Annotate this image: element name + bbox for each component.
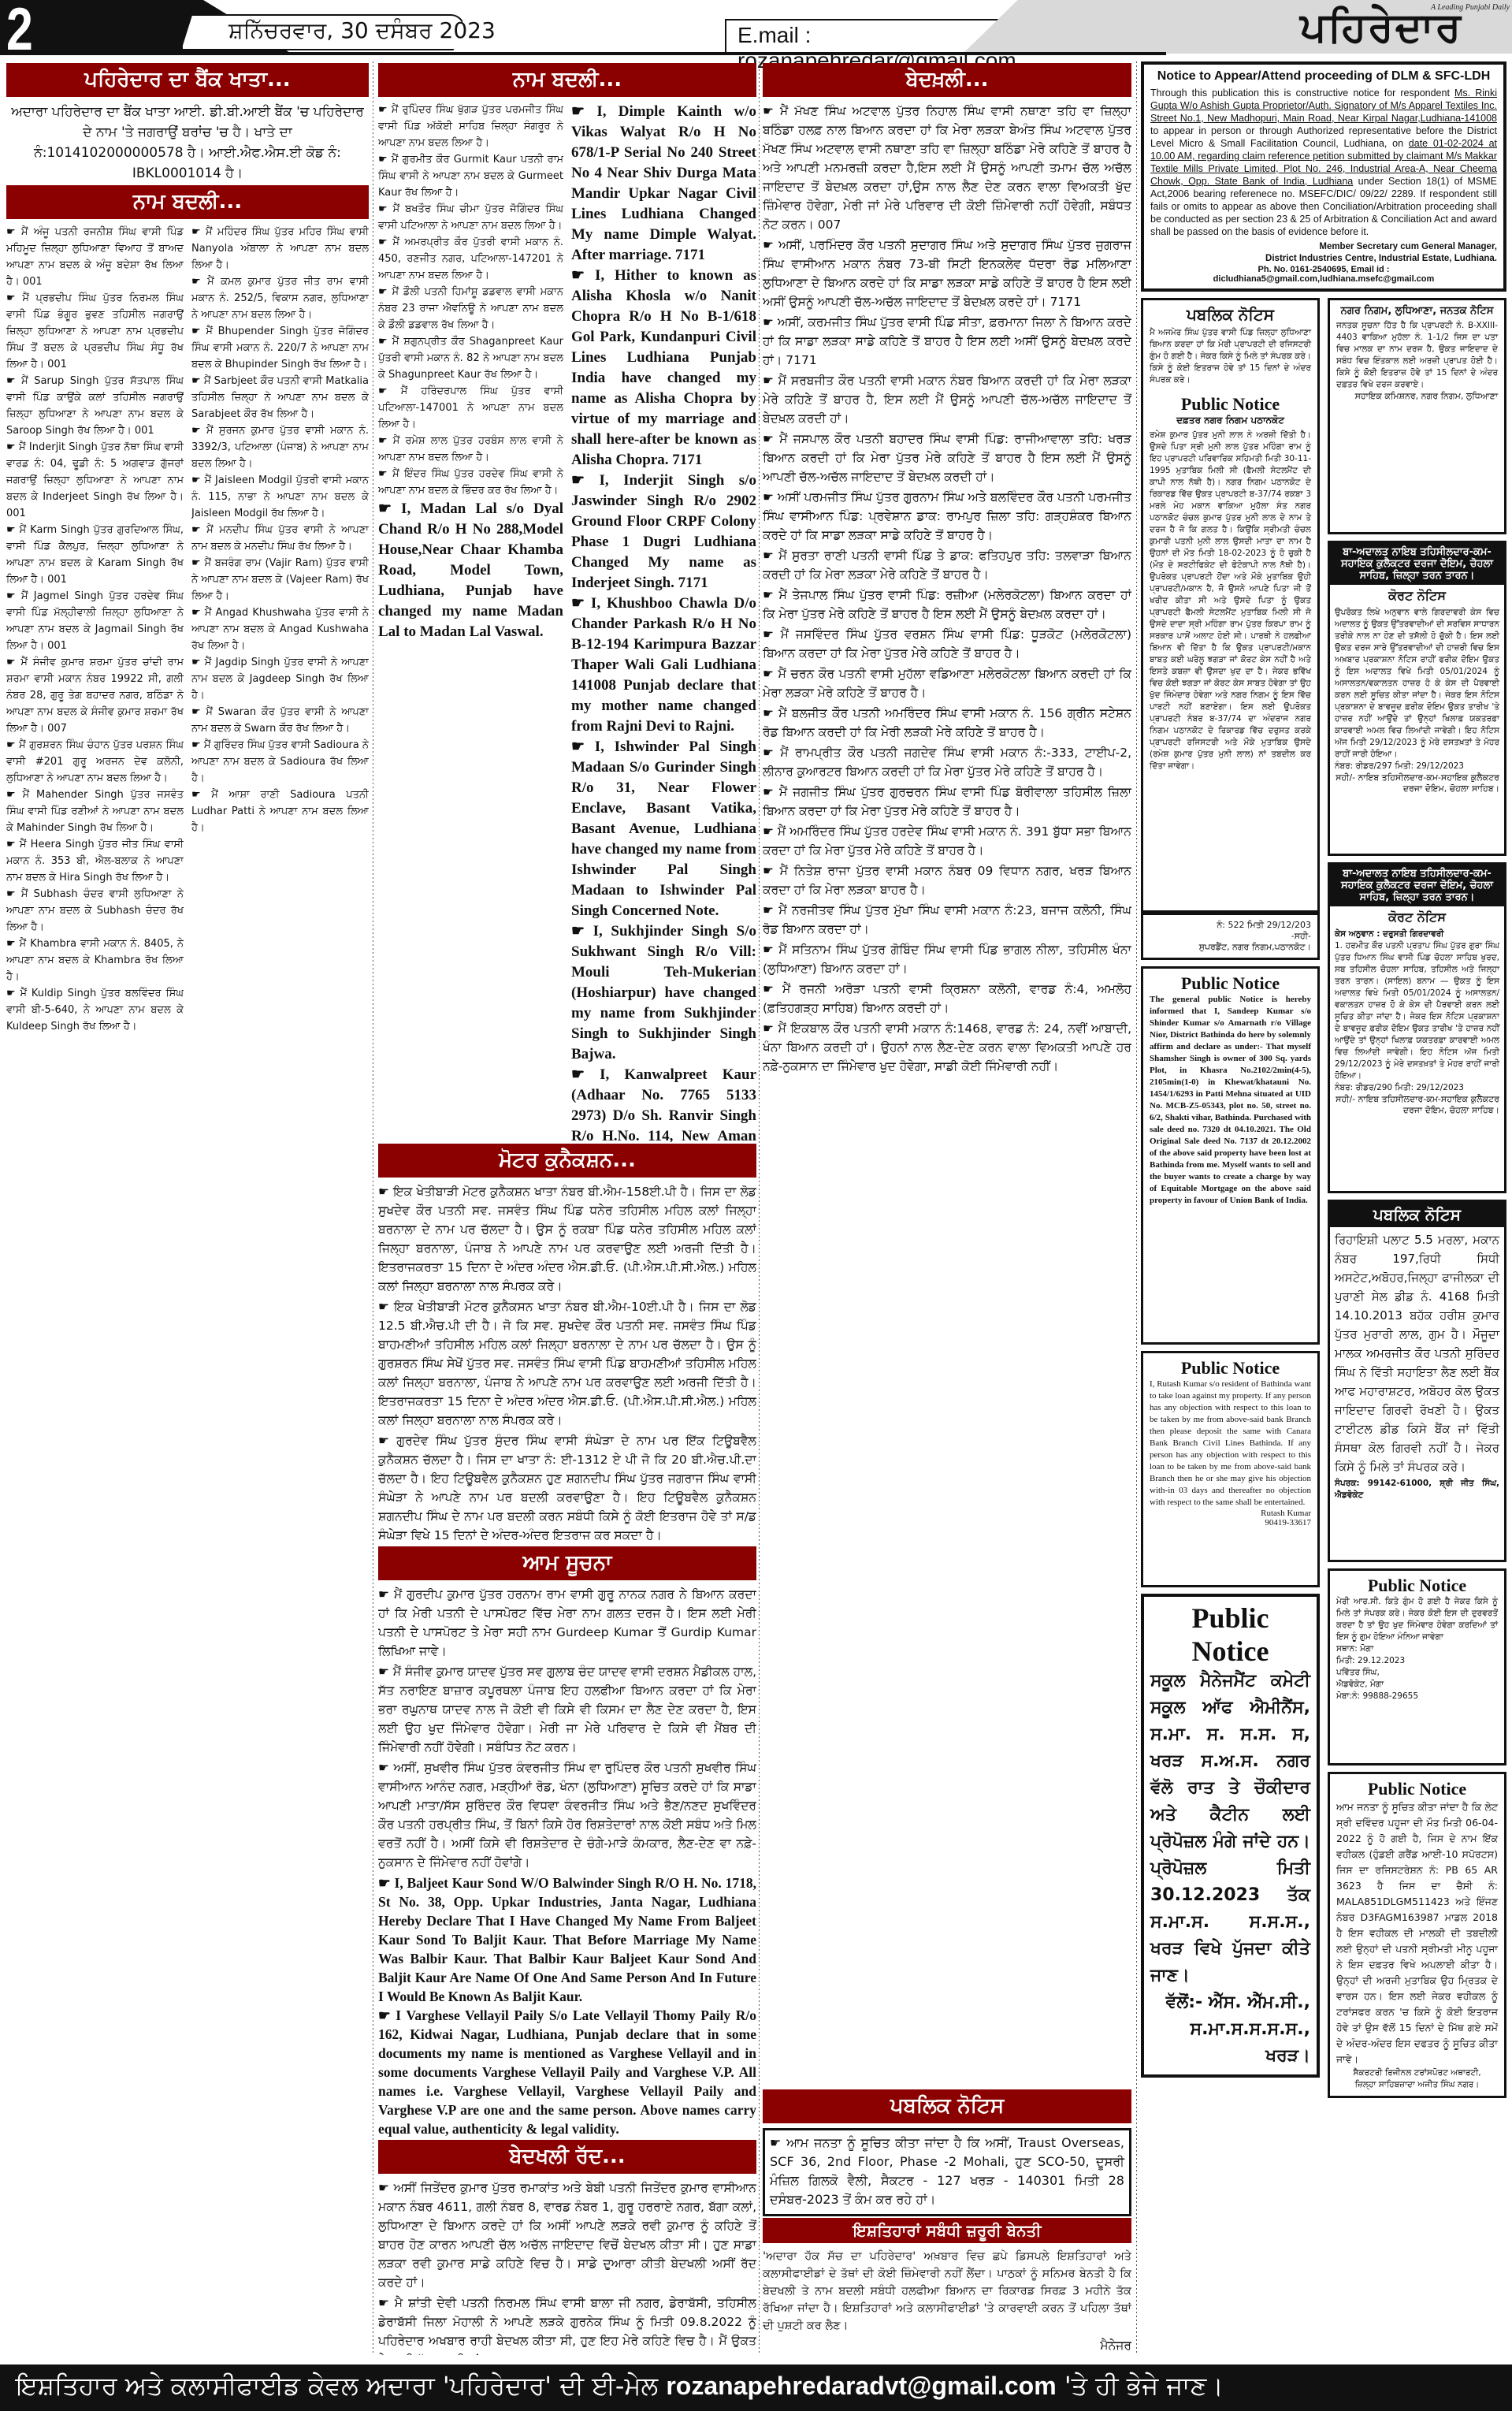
notice-body: ਜਨਤਕ ਸੂਚਨਾ ਹਿੱਤ ਹੈ ਕਿ ਪ੍ਰਾਪਰਟੀ ਨੰ. B-XXI…	[1336, 320, 1498, 391]
name-change-subcol-right: ☛ ਮੈਂ ਮਹਿੰਦਰ ਸਿੰਘ ਪੁੱਤਰ ਮਹਿਰ ਸਿੰਘ ਵਾਸੀ N…	[191, 224, 369, 1035]
column-divider	[1136, 61, 1137, 2355]
classified-item: ☛ ਮੈਂ Kuldip Singh ਪੁੱਤਰ ਬਲਵਿੰਦਰ ਸਿੰਘ ਵਾ…	[6, 985, 184, 1035]
motor-item: ☛ ਗੁਰਦੇਵ ਸਿੰਘ ਪੁੱਤਰ ਸੁੰਦਰ ਸਿੰਘ ਵਾਸੀ ਸੰਘੇ…	[378, 1431, 756, 1545]
classified-item: ☛ ਮੈਂ ਇੰਦਰ ਸਿੰਘ ਪੁੱਤਰ ਹਰਦੇਵ ਸਿੰਘ ਵਾਸੀ ਨੇ…	[378, 466, 563, 499]
disown-item: ☛ ਮੈਂ ਇਕਬਾਲ ਕੌਰ ਪਤਨੀ ਵਾਸੀ ਮਕਾਨ ਨੰ:1468, …	[763, 1019, 1131, 1076]
notice-body: ਆਮ ਜਨਤਾ ਨੂੰ ਸੂਚਿਤ ਕੀਤਾ ਜਾਂਦਾ ਹੈ ਕਿ ਲੇਟ ਸ…	[1336, 1799, 1498, 2067]
name-change-list: ☛ ਮੈਂ ਅੰਜੂ ਪਤਨੀ ਰਜਨੀਸ਼ ਸਿੰਘ ਵਾਸੀ ਪਿੰਡ ਮਹ…	[6, 224, 369, 1035]
classified-item: ☛ ਮੈਂ ਗੁਰਸ਼ਰਨ ਸਿੰਘ ਚੰਹਾਨ ਪੁੱਤਰ ਪਰਸ਼ਨ ਸਿੰ…	[6, 737, 184, 787]
notice-title: Public Notice	[1150, 1602, 1310, 1668]
general-item: ☛ ਮੈਂ ਗੁਰਦੀਪ ਕੁਮਾਰ ਪੁੱਤਰ ਹਰਨਾਮ ਰਾਮ ਵਾਸੀ …	[378, 1585, 756, 1661]
classified-item: ☛ ਮੈਂ ਗੁਰਿੰਦਰ ਸਿੰਘ ਪੁੱਤਰ ਵਾਸੀ Sadioura ਨ…	[191, 737, 369, 787]
classified-item-english: ☛ I, Sukhjinder Singh S/o Sukhwant Singh…	[571, 921, 756, 1065]
classified-item: ☛ ਮੈਂ ਬਖਤੌਰ ਸਿੰਘ ਚੀਮਾ ਪੁੱਤਰ ਜੋਗਿੰਦਰ ਸਿੰਘ…	[378, 201, 563, 234]
public-notice-1: ਪਬਲਿਕ ਨੋਟਿਸ ਮੈ ਅਜਮੇਰ ਸਿੰਘ ਪੁੱਤਰ ਵਾਸੀ ਪਿੰ…	[1141, 298, 1320, 913]
classified-item-english: ☛ I, Khushboo Chawla D/o Chander Parkash…	[571, 593, 756, 737]
notice-sign: ਸੈਕਰਟਰੀ ਰਿਜੀਨਲ ਟਰਾਂਸਪੋਰਟ ਅਥਾਰਟੀ,	[1336, 2067, 1498, 2079]
footer-banner: ਇਸ਼ਤਿਹਾਰ ਅਤੇ ਕਲਾਸੀਫਾਈਡ ਕੇਵਲ ਅਦਾਰਾ 'ਪਹਿਰੇ…	[0, 2364, 1512, 2411]
notice-ref: ਨੰ: 522 ਮਿਤੀ 29/12/203	[1150, 920, 1311, 931]
column-1: ਪਹਿਰੇਦਾਰ ਦਾ ਬੈਂਕ ਖਾਤਾ... ਅਦਾਰਾ ਪਹਿਰੇਦਾਰ …	[6, 61, 369, 2355]
notice-sign: ਸ.ਮਾ.ਸ.ਸ.ਸ.ਸ.,	[1150, 2016, 1310, 2043]
disown-item: ☛ ਅਸੀਂ ਪਰਮਜੀਤ ਸਿੰਘ ਪੁੱਤਰ ਗੁਰਨਾਮ ਸਿੰਘ ਅਤੇ…	[763, 488, 1131, 545]
name-change-heading-2: ਨਾਮ ਬਦਲੀ...	[378, 63, 756, 97]
disown-list: ☛ ਮੈਂ ਮੱਖਣ ਸਿੰਘ ਅਟਵਾਲ ਪੁੱਤਰ ਨਿਹਾਲ ਸਿੰਘ ਵ…	[763, 102, 1131, 2088]
disown-cancel-item: ☛ ਮੈ ਸ਼ਾਂਤੀ ਦੇਵੀ ਪਤਨੀ ਨਿਰਮਲ ਸਿੰਘ ਵਾਸੀ ਬਾ…	[378, 2294, 756, 2355]
general-item-english: ☛ I Varghese Vellayil Paily S/o Late Vel…	[378, 2006, 756, 2138]
notice-sign: Rutash Kumar	[1150, 1509, 1311, 1518]
classified-item: ☛ ਮੈਂ ਗੁਰਮੀਤ ਕੌਰ Gurmit Kaur ਪਤਨੀ ਰਾਮ ਸਿ…	[378, 151, 563, 201]
classified-item-english: ☛ I, Kanwalpreet Kaur (Adhaar No. 7765 5…	[571, 1065, 756, 1142]
notice-sign: ਖਰੜ।	[1150, 2043, 1310, 2070]
classified-item: ☛ ਮੈਂ Jagmel Singh ਪੁੱਤਰ ਹਰਦੇਵ ਸਿੰਘ ਵਾਸੀ…	[6, 588, 184, 654]
classified-item: ☛ ਮੈਂ Subhash ਚੰਦਰ ਵਾਸੀ ਲੁਧਿਆਣਾ ਨੇ ਆਪਣਾ …	[6, 886, 184, 936]
disown-item: ☛ ਮੈਂ ਜਗਜੀਤ ਸਿੰਘ ਪੁੱਤਰ ਗੁਰਚਰਨ ਸਿੰਘ ਵਾਸੀ …	[763, 783, 1131, 820]
classified-item: ☛ ਮੈਂ ਸ਼ਗੁਨਪ੍ਰੀਤ ਕੌਰ Shaganpreet Kaur ਪੁ…	[378, 333, 563, 383]
dlm-sign-line: District Industries Centre, Industrial E…	[1150, 253, 1497, 265]
public-notice-heading: ਪਬਲਿਕ ਨੋਟਿਸ	[763, 2089, 1131, 2123]
dlm-notice: Notice to Appear/Attend proceeding of DL…	[1141, 61, 1506, 292]
disown-item: ☛ ਮੈਂ ਰਾਮਪ੍ਰੀਤ ਕੌਰ ਪਤਨੀ ਜਗਦੇਵ ਸਿੰਘ ਵਾਸੀ …	[763, 743, 1131, 781]
footer-text: ਇਸ਼ਤਿਹਾਰ ਅਤੇ ਕਲਾਸੀਫਾਈਡ ਕੇਵਲ ਅਦਾਰਾ 'ਪਹਿਰੇ…	[16, 2371, 658, 2401]
disown-item: ☛ ਮੈਂ ਜਸਵਿੰਦਰ ਸਿੰਘ ਪੁੱਤਰ ਵਰਸ਼ਨ ਸਿੰਘ ਵਾਸੀ…	[763, 625, 1131, 663]
notice-body: ਰਮੇਸ਼ ਕੁਮਾਰ ਪੁੱਤਰ ਮੁਨੀ ਲਾਲ ਨੇ ਅਰਜ਼ੀ ਦਿੱਤ…	[1150, 430, 1311, 772]
notice-body: I, Rutash Kumar s/o resident of Bathinda…	[1150, 1379, 1311, 1509]
bank-account-heading: ਪਹਿਰੇਦਾਰ ਦਾ ਬੈਂਕ ਖਾਤਾ...	[6, 63, 369, 97]
notice-title: ਪਬਲਿਕ ਨੋਟਿਸ	[1330, 1202, 1504, 1227]
classified-item-english: ☛ I, Madan Lal s/o Dyal Chand R/o H No 2…	[378, 499, 563, 642]
public-notice-2-sign: ਨੰ: 522 ਮਿਤੀ 29/12/203 -ਸਹੀ- ਸੁਪਰਡੈਂਟ, ਨ…	[1141, 913, 1320, 960]
disown-item: ☛ ਮੈਂ ਮੱਖਣ ਸਿੰਘ ਅਟਵਾਲ ਪੁੱਤਰ ਨਿਹਾਲ ਸਿੰਘ ਵ…	[763, 102, 1131, 234]
classified-item: ☛ ਮੈਂ ਆਸ਼ਾ ਰਾਣੀ Sadioura ਪਤਨੀ Ludhar Pat…	[191, 787, 369, 836]
ad-request-text: 'ਅਦਾਰਾ ਹੱਕ ਸੱਚ ਦਾ ਪਹਿਰੇਦਾਰ' ਅਖ਼ਬਾਰ ਵਿਚ ਛ…	[763, 2248, 1131, 2335]
classified-item: ☛ ਮੈਂ Sarbjeet ਕੌਰ ਪਤਨੀ ਵਾਸੀ Matkalia ਤਹ…	[191, 373, 369, 422]
general-notice-heading: ਆਮ ਸੂਚਨਾ	[378, 1546, 756, 1580]
classified-item: ☛ ਮੈਂ Swaran ਕੌਰ ਪੁੱਤਰ ਵਾਸੀ ਨੇ ਆਪਣਾ ਨਾਮ …	[191, 704, 369, 737]
notice-sign: ਸਹੀ/- ਨਾਇਬ ਤਹਿਸੀਲਦਾਰ-ਕਮ-ਸਹਾਇਕ ਕੁਲੈਕਟਰ ਦਰ…	[1335, 1094, 1499, 1116]
classified-item: ☛ ਮੈਂ ਰੁਪਿੰਦਰ ਸਿੰਘ ਖੁੱਗੜ ਪੁੱਤਰ ਪਰਮਜੀਤ ਸਿ…	[378, 102, 563, 151]
name-change-list-2: ☛ ਮੈਂ ਰੁਪਿੰਦਰ ਸਿੰਘ ਖੁੱਗੜ ਪੁੱਤਰ ਪਰਮਜੀਤ ਸਿ…	[378, 102, 756, 1142]
disown-item: ☛ ਮੈਂ ਨਰਜੀਤਵ ਸਿੰਘ ਪੁੱਤਰ ਮੁੱਖਾ ਸਿੰਘ ਵਾਸੀ …	[763, 901, 1131, 939]
disown-item: ☛ ਮੈਂ ਬਲਜੀਤ ਕੌਰ ਪਤਨੀ ਅਮਰਿੰਦਰ ਸਿੰਘ ਵਾਸੀ ਮ…	[763, 704, 1131, 742]
notices-grid: ਪਬਲਿਕ ਨੋਟਿਸ ਮੈ ਅਜਮੇਰ ਸਿੰਘ ਪੁੱਤਰ ਵਾਸੀ ਪਿੰ…	[1141, 298, 1506, 2104]
notice-sign: ਪਵਿੱਤਰ ਸਿੰਘ,	[1336, 1667, 1498, 1679]
notice-sign: -ਸਹੀ-	[1150, 931, 1311, 942]
notice-body: ਸਕੂਲ ਮੈਨੇਜਮੈਂਟ ਕਮੇਟੀ ਸਕੂਲ ਆੱਫ ਐਮੀਨੈਂਸ, ਸ…	[1150, 1668, 1310, 1989]
classified-item: ☛ ਮੈਂ Jagdip Singh ਪੁੱਤਰ ਵਾਸੀ ਨੇ ਆਪਣਾ ਨਾ…	[191, 654, 369, 704]
notice-body: ਰਿਹਾਇਸ਼ੀ ਪਲਾਟ 5.5 ਮਰਲਾ, ਮਕਾਨ ਨੰਬਰ 197,ਰਿ…	[1335, 1230, 1499, 1476]
issue-date: ਸ਼ਨਿੱਚਰਵਾਰ, 30 ਦਸੰਬਰ 2023	[228, 17, 496, 44]
disown-item: ☛ ਮੈਂ ਸਤਿਨਾਮ ਸਿੰਘ ਪੁੱਤਰ ਗੋਬਿੰਦ ਸਿੰਘ ਵਾਸੀ…	[763, 940, 1131, 978]
classified-item: ☛ ਮੈਂ Jaisleen Modgil ਪੁੱਤਰੀ ਵਾਸੀ ਮਕਾਨ ਨ…	[191, 472, 369, 522]
dlm-text: Through this publication this is constru…	[1150, 87, 1454, 99]
column-divider	[759, 61, 760, 2355]
classified-item: ☛ ਮੈਂ ਪ੍ਰਭਦੀਪ ਸਿੰਘ ਪੁੱਤਰ ਨਿਰਮਲ ਸਿੰਘ ਵਾਸੀ…	[6, 290, 184, 373]
logo-tagline: A Leading Punjabi Daily	[1431, 3, 1510, 12]
notice-date: ਮਿਤੀ: 29.12.2023	[1336, 1655, 1498, 1667]
public-notice-4: Public Notice I, Rutash Kumar s/o reside…	[1141, 1351, 1320, 1587]
notice-title: Public Notice	[1336, 1576, 1498, 1596]
disown-item: ☛ ਮੈਂ ਅਮਰਿੰਦਰ ਸਿੰਘ ਪੁੱਤਰ ਹਰਦੇਵ ਸਿੰਘ ਵਾਸੀ…	[763, 822, 1131, 860]
notices-subcol-left: ਪਬਲਿਕ ਨੋਟਿਸ ਮੈ ਅਜਮੇਰ ਸਿੰਘ ਪੁੱਤਰ ਵਾਸੀ ਪਿੰ…	[1141, 298, 1320, 2104]
name-change-heading: ਨਾਮ ਬਦਲੀ...	[6, 185, 369, 219]
name-change-subcol-left: ☛ ਮੈਂ ਰੁਪਿੰਦਰ ਸਿੰਘ ਖੁੱਗੜ ਪੁੱਤਰ ਪਰਮਜੀਤ ਸਿ…	[378, 102, 563, 1142]
notice-title: ਕੋਰਟ ਨੋਟਿਸ	[1335, 910, 1499, 925]
notice-title: ਪਬਲਿਕ ਨੋਟਿਸ	[1150, 305, 1311, 324]
motor-connection-heading: ਮੋਟਰ ਕੁਨੈਕਸ਼ਨ...	[378, 1144, 756, 1178]
disown-heading: ਬੇਦਖ਼ਲੀ...	[763, 63, 1131, 97]
classified-item-english: ☛ I, Inderjit Singh s/o Jaswinder Singh …	[571, 471, 756, 593]
disown-item: ☛ ਮੈਂ ਸੁਰਤਾ ਰਾਣੀ ਪਤਨੀ ਵਾਸੀ ਪਿੰਡ ਤੇ ਡਾਕ: …	[763, 546, 1131, 584]
disown-item: ☛ ਮੈਂ ਜਸਪਾਲ ਕੌਰ ਪਤਨੀ ਬਹਾਦਰ ਸਿੰਘ ਵਾਸੀ ਪਿੰ…	[763, 430, 1131, 486]
notices-subcol-right: ਨਗਰ ਨਿਗਮ, ਲੁਧਿਆਣਾ, ਜਨਤਕ ਨੋਟਿਸ ਜਨਤਕ ਸੂਚਨਾ…	[1328, 298, 1506, 2104]
classified-item: ☛ ਮੈਂ Karm Singh ਪੁੱਤਰ ਗੁਰਦਿਆਲ ਸਿੰਘ, ਵਾਸ…	[6, 522, 184, 588]
disown-cancel-heading: ਬੇਦਖਲੀ ਰੱਦ...	[378, 2140, 756, 2174]
classified-item: ☛ ਮੈਂ ਡੌਲੀ ਪਤਨੀ ਹਿਮਾਂਸ਼ੂ ਡਡਵਾਲ ਵਾਸੀ ਮਕਾਨ…	[378, 284, 563, 333]
court-notice-1: ਬਾ-ਅਦਾਲਤ ਨਾਇਬ ਤਹਿਸੀਲਦਾਰ-ਕਮ-ਸਹਾਇਕ ਕੁਲੈਕਟਰ…	[1328, 541, 1506, 856]
classified-item: ☛ ਮੈਂ ਅਮਰਪ੍ਰੀਤ ਕੌਰ ਪੁੱਤਰੀ ਵਾਸੀ ਮਕਾਨ ਨੰ. …	[378, 234, 563, 284]
notice-body: 1. ਹਰਮੀਤ ਕੌਰ ਪਤਨੀ ਪ੍ਰਤਾਪ ਸਿੰਘ ਪੁੱਤਰ ਗੁਰਾ…	[1335, 940, 1499, 1082]
notice-sign: ਸਹਾਇਕ ਕਮਿਸ਼ਨਰ, ਨਗਰ ਨਿਗਮ, ਲੁਧਿਆਣਾ	[1336, 391, 1498, 402]
notice-title: Public Notice	[1150, 1358, 1311, 1379]
classified-item: ☛ ਮੈਂ ਸੁਰਜਨ ਕੁਮਾਰ ਪੁੱਤਰ ਵਾਸੀ ਮਕਾਨ ਨੰ. 33…	[191, 422, 369, 472]
classified-item-english: ☛ I, Hither to known as Alisha Khosla w/…	[571, 266, 756, 471]
court-notice-2: ਬਾ-ਅਦਾਲਤ ਨਾਇਬ ਤਹਿਸੀਲਦਾਰ-ਕਮ-ਸਹਾਇਕ ਕੁਲੈਕਟਰ…	[1328, 862, 1506, 1193]
notice-subtitle: ਦਫ਼ਤਰ ਨਗਰ ਨਿਗਮ ਪਠਾਨਕੋਟ	[1150, 415, 1311, 426]
motor-item: ☛ ਇਕ ਖੇਤੀਬਾੜੀ ਮੋਟਰ ਕੁਨੈਕਸ਼ਨ ਖਾਤਾ ਨੰਬਰ ਬੀ…	[378, 1182, 756, 1296]
classified-item: ☛ ਮੈਂ ਕਮਲ ਕੁਮਾਰ ਪੁੱਤਰ ਜੀਤ ਰਾਮ ਵਾਸੀ ਮਕਾਨ …	[191, 273, 369, 323]
notice-phone: ਮੋਬਾ:ਨੰ: 99888-29655	[1336, 1691, 1498, 1702]
court-band: ਬਾ-ਅਦਾਲਤ ਨਾਇਬ ਤਹਿਸੀਲਦਾਰ-ਕਮ-ਸਹਾਇਕ ਕੁਲੈਕਟਰ…	[1330, 543, 1504, 585]
classified-item: ☛ ਮੈਂ ਸੰਜੀਵ ਕੁਮਾਰ ਸ਼ਰਮਾ ਪੁੱਤਰ ਚਾਂਦੀ ਰਾਮ …	[6, 654, 184, 737]
vehicle-public-notice: Public Notice ਆਮ ਜਨਤਾ ਨੂੰ ਸੂਚਿਤ ਕੀਤਾ ਜਾਂ…	[1328, 1772, 1506, 2098]
notice-sign: ਸਹੀ/- ਨਾਇਬ ਤਹਿਸੀਲਦਾਰ-ਕਮ-ਸਹਾਇਕ ਕੁਲੈਕਟਰ ਦਰ…	[1335, 772, 1499, 794]
notice-title: ਨਗਰ ਨਿਗਮ, ਲੁਧਿਆਣਾ, ਜਨਤਕ ਨੋਟਿਸ	[1336, 305, 1498, 317]
ad-request-heading: ਇਸ਼ਤਿਹਾਰਾਂ ਸਬੰਧੀ ਜ਼ਰੂਰੀ ਬੇਨਤੀ	[763, 2218, 1131, 2243]
classified-item: ☛ ਮੈਂ ਰਮੇਸ਼ ਲਾਲ ਪੁੱਤਰ ਹਰਬੰਸ ਲਾਲ ਵਾਸੀ ਨੇ …	[378, 433, 563, 466]
classified-item-english: ☛ I, Ishwinder Pal Singh Madaan S/o Guri…	[571, 737, 756, 921]
motor-item: ☛ ਇਕ ਖੇਤੀਬਾੜੀ ਮੋਟਰ ਕੁਨੈਕਸਨ ਖਾਤਾ ਨੰਬਰ ਬੀ.…	[378, 1297, 756, 1430]
footer-advt-email[interactable]: rozanapehredaradvt@gmail.com	[666, 2372, 1056, 2400]
column-divider	[373, 61, 373, 2355]
disown-item: ☛ ਮੈਂ ਨਿਤੇਸ਼ ਰਾਜਾ ਪੁੱਤਰ ਵਾਸੀ ਮਕਾਨ ਨੰਬਰ 0…	[763, 861, 1131, 899]
notice-title: Public Notice	[1336, 1779, 1498, 1799]
notice-sign: ਸੁਪਰਡੈਂਟ, ਨਗਰ ਨਿਗਮ,ਪਠਾਨਕੋਟ।	[1150, 942, 1311, 953]
masthead: 2 ਸ਼ਨਿੱਚਰਵਾਰ, 30 ਦਸੰਬਰ 2023 E.mail : roz…	[0, 0, 1512, 55]
dlm-contact[interactable]: Ph. No. 0161-2540695, Email id : dicludh…	[1150, 265, 1497, 284]
traust-notice-text: ☛ ਆਮ ਜਨਤਾ ਨੂੰ ਸੂਚਿਤ ਕੀਤਾ ਜਾਂਦਾ ਹੈ ਕਿ ਅਸੀ…	[770, 2134, 1124, 2209]
name-change-subcol-right: ☛ I, Dimple Kainth w/o Vikas Walyat R/o …	[571, 102, 756, 1142]
dlm-notice-body: Through this publication this is constru…	[1150, 87, 1497, 238]
notice-sign: ਵੱਲੋਂ:- ਐੱਸ. ਐੱਮ.ਸੀ.,	[1150, 1989, 1310, 2016]
classified-item: ☛ ਮੈਂ Khambra ਵਾਸੀ ਮਕਾਨ ਨੰ. 8405, ਨੇ ਆਪਣ…	[6, 936, 184, 985]
plot-public-notice: ਪਬਲਿਕ ਨੋਟਿਸ ਰਿਹਾਇਸ਼ੀ ਪਲਾਟ 5.5 ਮਰਲਾ, ਮਕਾਨ…	[1328, 1200, 1506, 1562]
bank-account-text: ਅਦਾਰਾ ਪਹਿਰੇਦਾਰ ਦਾ ਬੈਂਕ ਖਾਤਾ ਆਈ. ਡੀ.ਬੀ.ਆਈ…	[6, 102, 369, 184]
column-3: ਬੇਦਖ਼ਲੀ... ☛ ਮੈਂ ਮੱਖਣ ਸਿੰਘ ਅਟਵਾਲ ਪੁੱਤਰ ਨ…	[763, 61, 1131, 2355]
notice-body: ਮੇਰੀ ਆਰ.ਸੀ. ਕਿਤੇ ਗੁੰਮ ਹੋ ਗਈ ਹੈ ਜੇਕਰ ਕਿਸੇ…	[1336, 1596, 1498, 1643]
masthead-rule	[0, 52, 1166, 55]
classified-item: ☛ ਮੈਂ Heera Singh ਪੁੱਤਰ ਜੀਤ ਸਿੰਘ ਵਾਸੀ ਮਕ…	[6, 836, 184, 886]
classified-item: ☛ ਮੈਂ ਅੰਜੂ ਪਤਨੀ ਰਜਨੀਸ਼ ਸਿੰਘ ਵਾਸੀ ਪਿੰਡ ਮਹ…	[6, 224, 184, 290]
name-change-subcol-left: ☛ ਮੈਂ ਅੰਜੂ ਪਤਨੀ ਰਜਨੀਸ਼ ਸਿੰਘ ਵਾਸੀ ਪਿੰਡ ਮਹ…	[6, 224, 184, 1035]
disown-cancel-item: ☛ ਅਸੀਂ ਜਿਤੇਂਦਰ ਕੁਮਾਰ ਪੁੱਤਰ ਰਮਾਕਾਂਤ ਅਤੇ ਬ…	[378, 2178, 756, 2292]
notice-body: The general public Notice is hereby info…	[1150, 994, 1311, 1207]
notice-body: ਉਪਰੋਕਤ ਲਿਖੇ ਅਨੁਵਾਨ ਵਾਲੇ ਗਿਰਦਾਵਰੀ ਕੇਸ ਵਿਚ…	[1335, 607, 1499, 761]
general-item: ☛ ਅਸੀਂ, ਸੁਖਵੀਰ ਸਿੰਘ ਪੁੱਤਰ ਕੰਵਰਜੀਤ ਸਿੰਘ ਵ…	[378, 1758, 756, 1872]
municipal-notice: ਨਗਰ ਨਿਗਮ, ਲੁਧਿਆਣਾ, ਜਨਤਕ ਨੋਟਿਸ ਜਨਤਕ ਸੂਚਨਾ…	[1328, 298, 1506, 534]
general-item-english: ☛ I, Baljeet Kaur Sond W/O Balwinder Sin…	[378, 1873, 756, 2006]
disown-item: ☛ ਅਸੀਂ, ਕਰਮਜੀਤ ਸਿੰਘ ਪੁੱਤਰ ਵਾਸੀ ਪਿੰਡ ਸੀਤਾ…	[763, 313, 1131, 370]
disown-item: ☛ ਅਸੀਂ, ਪਰਮਿੰਦਰ ਕੌਰ ਪਤਨੀ ਸੁਦਾਗਰ ਸਿੰਘ ਅਤੇ…	[763, 236, 1131, 311]
classified-item: ☛ ਮੈਂ Angad Khushwaha ਪੁੱਤਰ ਵਾਸੀ ਨੇ ਆਪਣਾ…	[191, 605, 369, 654]
disown-item: ☛ ਮੈਂ ਤੇਜਪਾਲ ਸਿੰਘ ਪੁੱਤਰ ਵਾਸੀ ਪਿੰਡ: ਰਜ਼ੀਆ…	[763, 586, 1131, 623]
notice-ref: ਨੰਬਰ: ਰੀਡਰ/290 ਮਿਤੀ: 29/12/2023	[1335, 1082, 1499, 1094]
disown-item: ☛ ਮੈਂ ਸਰਬਜੀਤ ਕੌਰ ਪਤਨੀ ਵਾਸੀ ਮਕਾਨ ਨੰਬਰ ਬਿਆ…	[763, 371, 1131, 428]
court-band: ਬਾ-ਅਦਾਲਤ ਨਾਇਬ ਤਹਿਸੀਲਦਾਰ-ਕਮ-ਸਹਾਇਕ ਕੁਲੈਕਟਰ…	[1330, 865, 1504, 906]
disown-item: ☛ ਮੈਂ ਰਜਨੀ ਅਰੋੜਾ ਪਤਨੀ ਵਾਸੀ ਕ੍ਰਿਸ਼ਨਾ ਕਲੋਨ…	[763, 980, 1131, 1018]
school-public-notice: Public Notice ਸਕੂਲ ਮੈਨੇਜਮੈਂਟ ਕਮੇਟੀ ਸਕੂਲ …	[1141, 1594, 1320, 2078]
notice-body: ਮੈ ਅਜਮੇਰ ਸਿੰਘ ਪੁੱਤਰ ਵਾਸੀ ਪਿੰਡ ਜ਼ਿਲ੍ਹਾ ਲੁ…	[1150, 327, 1311, 386]
dlm-sign-line: Member Secretary cum General Manager,	[1150, 241, 1497, 253]
notice-title: Public Notice	[1150, 394, 1311, 415]
dlm-signatory: Member Secretary cum General Manager, Di…	[1150, 241, 1497, 265]
notice-contact: ਸੰਪਰਕ: 99142-61000, ਸ਼੍ਰੀ ਜੀਤ ਸਿੰਘ, ਐਡਵੋ…	[1335, 1478, 1499, 1501]
classified-item: ☛ ਮੈਂ Mahender Singh ਪੁੱਤਰ ਜਸਵੰਤ ਸਿੰਘ ਵਾ…	[6, 787, 184, 836]
column-4: Notice to Appear/Attend proceeding of DL…	[1141, 61, 1506, 2355]
footer-text-end: 'ਤੇ ਹੀ ਭੇਜੇ ਜਾਣ।	[1064, 2371, 1224, 2401]
classified-item: ☛ ਮੈਂ ਮਨਦੀਪ ਸਿੰਘ ਪੁੱਤਰ ਵਾਸੀ ਨੇ ਆਪਣਾ ਨਾਮ …	[191, 522, 369, 555]
column-2: ਨਾਮ ਬਦਲੀ... ☛ ਮੈਂ ਰੁਪਿੰਦਰ ਸਿੰਘ ਖੁੱਗੜ ਪੁੱ…	[378, 61, 756, 2355]
case-title: ਕੇਸ ਅਨੁਵਾਨ : ਦਰੁਸਤੀ ਗਿਰਦਾਵਰੀ	[1335, 928, 1499, 940]
notice-ref: ਨੰਬਰ: ਰੀਡਰ/297 ਮਿਤੀ: 29/12/2023	[1335, 761, 1499, 772]
classified-item: ☛ ਮੈਂ Inderjit Singh ਪੁੱਤਰ ਨੱਥਾ ਸਿੰਘ ਵਾਸ…	[6, 439, 184, 522]
classified-item-english: ☛ I, Dimple Kainth w/o Vikas Walyat R/o …	[571, 102, 756, 266]
notice-sign: ਐਡਵੋਕੇਟ, ਮੋਗਾ	[1336, 1679, 1498, 1691]
classified-item: ☛ ਮੈਂ ਮਹਿੰਦਰ ਸਿੰਘ ਪੁੱਤਰ ਮਹਿਰ ਸਿੰਘ ਵਾਸੀ N…	[191, 224, 369, 273]
notice-sign: ਜ਼ਿਲ੍ਹਾ ਸਾਹਿਬਜ਼ਾਦਾ ਅਜੀਤ ਸਿੰਘ ਨਗਰ।	[1336, 2079, 1498, 2091]
general-item: ☛ ਮੈਂ ਸੰਜੀਵ ਕੁਮਾਰ ਯਾਦਵ ਪੁੱਤਰ ਸਵ ਗੁਲਾਬ ਚੰ…	[378, 1662, 756, 1757]
dlm-notice-title: Notice to Appear/Attend proceeding of DL…	[1150, 69, 1497, 84]
notice-title: Public Notice	[1150, 973, 1311, 994]
classified-item: ☛ ਮੈਂ Sarup Singh ਪੁੱਤਰ ਸੱਤਪਾਲ ਸਿੰਘ ਵਾਸੀ…	[6, 373, 184, 439]
notice-place: ਸਥਾਨ: ਮੋਗਾ	[1336, 1643, 1498, 1655]
classified-item: ☛ ਮੈਂ Bhupender Singh ਪੁੱਤਰ ਜੋਗਿੰਦਰ ਸਿੰਘ…	[191, 323, 369, 373]
notice-phone: 90419-33617	[1150, 1518, 1311, 1527]
ad-request-sign: ਮੈਨੇਜਰ	[763, 2336, 1131, 2355]
notice-title: ਕੋਰਟ ਨੋਟਿਸ	[1335, 588, 1499, 604]
public-notice-3: Public Notice The general public Notice …	[1141, 966, 1320, 1345]
classified-item: ☛ ਮੈਂ ਬਜਰੰਗ ਰਾਮ (Vajir Ram) ਪੁੱਤਰ ਵਾਸੀ ਨ…	[191, 555, 369, 605]
traust-overseas-notice: ☛ ਆਮ ਜਨਤਾ ਨੂੰ ਸੂਚਿਤ ਕੀਤਾ ਜਾਂਦਾ ਹੈ ਕਿ ਅਸੀ…	[763, 2128, 1131, 2216]
disown-item: ☛ ਮੈਂ ਚਰਨ ਕੌਰ ਪਤਨੀ ਵਾਸੀ ਮੁਹੱਲਾ ਵਡਿਆਣਾ ਮਲ…	[763, 664, 1131, 702]
classified-item: ☛ ਮੈਂ ਹਰਿੰਦਰਪਾਲ ਸਿੰਘ ਪੁੱਤਰ ਵਾਸੀ ਪਟਿਆਲਾ-1…	[378, 383, 563, 433]
lost-rc-notice: Public Notice ਮੇਰੀ ਆਰ.ਸੀ. ਕਿਤੇ ਗੁੰਮ ਹੋ ਗ…	[1328, 1568, 1506, 1765]
